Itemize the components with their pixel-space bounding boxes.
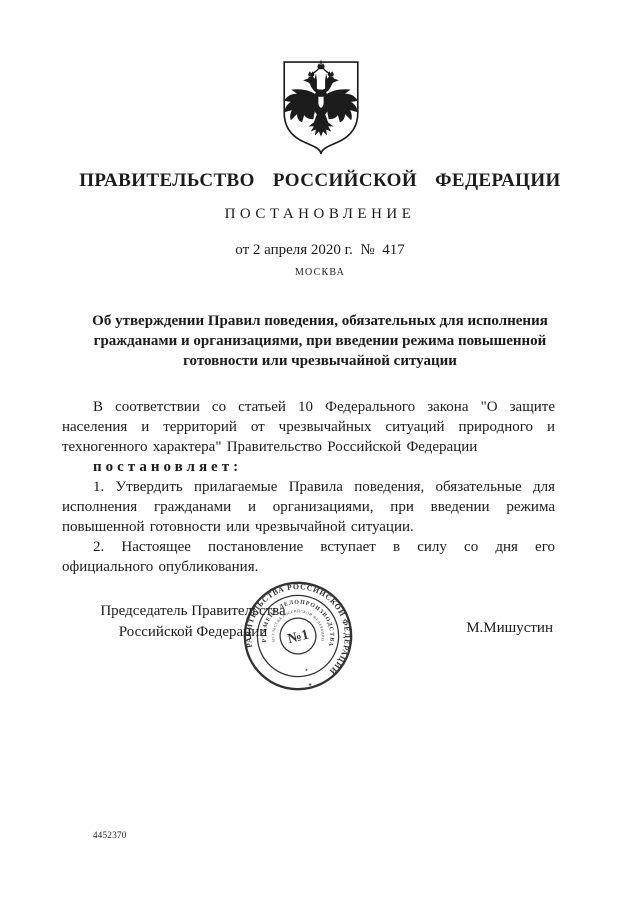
city-name: МОСКВА <box>0 267 640 278</box>
paragraph-item-1: 1. Утвердить прилагаемые Правила поведен… <box>62 477 555 537</box>
signature-name: М.Мишустин <box>466 620 553 637</box>
paragraph-preamble: В соответствии со статьей 10 Федеральног… <box>62 397 555 457</box>
org-name: ПРАВИТЕЛЬСТВО РОССИЙСКОЙ ФЕДЕРАЦИИ <box>0 170 640 192</box>
document-code: 4452370 <box>93 830 127 840</box>
stamp-separator-outer: * <box>307 679 313 687</box>
official-stamp: АППАРАТ ПРАВИТЕЛЬСТВА РОССИЙСКОЙ ФЕДЕРАЦ… <box>240 578 356 694</box>
date-number-line: от 2 апреля 2020 г. № 417 <box>0 242 640 259</box>
stamp-separator-middle: * <box>304 665 308 672</box>
decree-document-page: ПРАВИТЕЛЬСТВО РОССИЙСКОЙ ФЕДЕРАЦИИ ПОСТА… <box>0 0 640 905</box>
body-text: В соответствии со статьей 10 Федеральног… <box>62 397 555 577</box>
document-type: ПОСТАНОВЛЕНИЕ <box>0 206 640 223</box>
coat-of-arms-icon <box>279 60 363 154</box>
svg-text:*: * <box>304 665 308 672</box>
decree-verb: постановляет: <box>62 457 555 477</box>
decree-title: Об утверждении Правил поведения, обязате… <box>75 311 565 371</box>
svg-text:*: * <box>307 679 313 687</box>
stamp-number: №1 <box>286 627 310 647</box>
paragraph-item-2: 2. Настоящее постановление вступает в си… <box>62 537 555 577</box>
